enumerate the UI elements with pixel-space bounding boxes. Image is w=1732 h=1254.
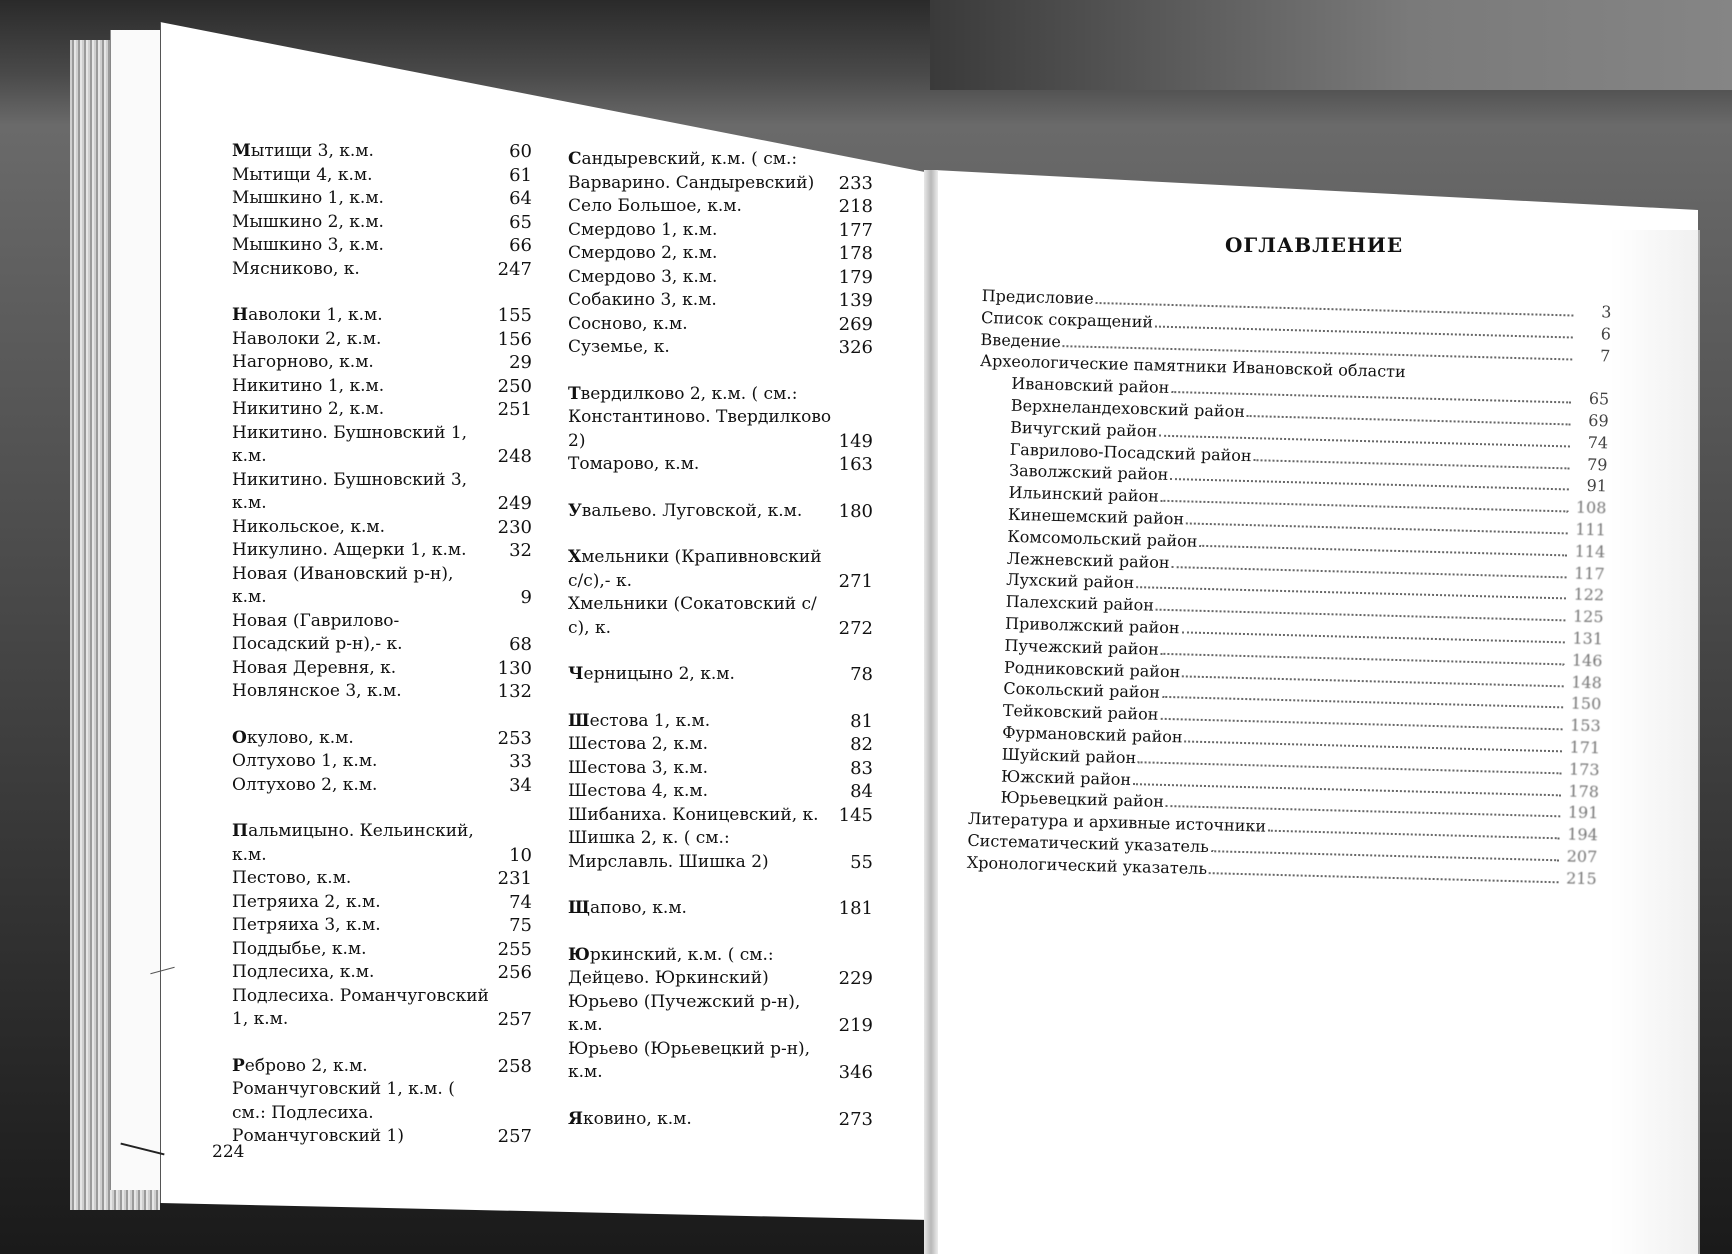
index-entry-page: 68 — [498, 633, 532, 657]
index-entry-name: Сандыревский, к.м. ( см.: Варварино. Сан… — [568, 148, 839, 195]
index-entry-name: Собакино 3, к.м. — [568, 289, 839, 313]
index-entry: Подлесиха, к.м.256 — [232, 961, 532, 985]
index-entry-page: 75 — [498, 914, 532, 938]
index-entry: Романчуговский 1, к.м. ( см.: Подлесиха.… — [232, 1078, 532, 1149]
index-entry: Никольское, к.м.230 — [232, 516, 532, 540]
index-entry-name: Мышкино 3, к.м. — [232, 234, 498, 258]
scan-background-shade — [930, 0, 1732, 90]
index-entry-page: 257 — [498, 1125, 532, 1149]
toc-entry-page: 122 — [1570, 584, 1605, 607]
index-entry-page: 130 — [498, 657, 532, 681]
index-entry: Новлянское 3, к.м.132 — [232, 680, 532, 704]
toc-entry-page: 108 — [1572, 497, 1607, 520]
index-entry: Шестова 3, к.м.83 — [568, 757, 873, 781]
index-entry: Шишка 2, к. ( см.: Мирславль. Шишка 2)55 — [568, 827, 873, 874]
index-column-left: Мытищи 3, к.м.60Мытищи 4, к.м.61Мышкино … — [232, 140, 532, 1149]
index-entry-name: Реброво 2, к.м. — [232, 1055, 498, 1079]
index-entry-name: Мясниково, к. — [232, 258, 498, 282]
toc-entry-page: 69 — [1574, 410, 1609, 433]
index-entry: Шестова 4, к.м.84 — [568, 780, 873, 804]
index-entry-page: 248 — [498, 445, 532, 469]
toc-entry-page: 117 — [1570, 562, 1605, 585]
index-entry-name: Новая (Ивановский р-н), к.м. — [232, 563, 498, 610]
index-entry-name: Мытищи 4, к.м. — [232, 164, 498, 188]
toc-entry-page: 194 — [1564, 824, 1599, 847]
index-entry-name: Шестова 2, к.м. — [568, 733, 839, 757]
index-entry-name: Сосново, к.м. — [568, 313, 839, 337]
index-entry-page: 273 — [839, 1108, 873, 1132]
index-entry-page: 156 — [498, 328, 532, 352]
index-entry: Никулино. Ащерки 1, к.м.32 — [232, 539, 532, 563]
index-entry: Черницыно 2, к.м.78 — [568, 663, 873, 687]
index-gap — [232, 704, 532, 727]
index-entry: Пальмицыно. Кельинский, к.м.10 — [232, 820, 532, 867]
index-entry-page: 180 — [839, 500, 873, 524]
index-entry: Томарово, к.м.163 — [568, 453, 873, 477]
index-entry: Петряиха 3, к.м.75 — [232, 914, 532, 938]
index-entry: Реброво 2, к.м.258 — [232, 1055, 532, 1079]
index-entry: Шестова 1, к.м.81 — [568, 710, 873, 734]
index-entry: Наволоки 1, к.м.155 — [232, 304, 532, 328]
index-entry-page: 64 — [498, 187, 532, 211]
toc-entry-page: 111 — [1572, 518, 1607, 541]
toc-entry-page: 3 — [1577, 301, 1612, 324]
index-entry-page: 10 — [498, 844, 532, 868]
index-entry-name: Томарово, к.м. — [568, 453, 839, 477]
index-gap — [568, 874, 873, 897]
index-entry-name: Смердово 1, к.м. — [568, 219, 839, 243]
index-entry-page: 179 — [839, 266, 873, 290]
toc-entry-page: 153 — [1566, 715, 1601, 738]
index-entry-page: 60 — [498, 140, 532, 164]
toc-entry-page: 148 — [1568, 671, 1603, 694]
toc-entry-page: 173 — [1565, 758, 1600, 781]
index-entry: Новая (Гаврилово-Посадский р-н),- к.68 — [232, 610, 532, 657]
index-entry-name: Юрьево (Юрьевецкий р-н), к.м. — [568, 1038, 839, 1085]
index-entry-page: 82 — [839, 733, 873, 757]
index-entry-name: Шестова 4, к.м. — [568, 780, 839, 804]
index-entry-page: 346 — [839, 1061, 873, 1085]
index-entry-page: 65 — [498, 211, 532, 235]
index-gap — [568, 477, 873, 500]
index-entry-page: 272 — [839, 617, 873, 641]
toc-entry-page: 171 — [1566, 736, 1601, 759]
table-of-contents: Предисловие3Список сокращений6Введение7А… — [967, 285, 1612, 890]
index-entry-name: Щапово, к.м. — [568, 897, 839, 921]
index-entry-page: 230 — [498, 516, 532, 540]
index-entry-page: 229 — [839, 967, 873, 991]
index-gap — [232, 281, 532, 304]
toc-entry-page: 125 — [1569, 606, 1604, 629]
index-entry-name: Никольское, к.м. — [232, 516, 498, 540]
index-entry-page: 258 — [498, 1055, 532, 1079]
index-entry-page: 257 — [498, 1008, 532, 1032]
toc-entry-title: Предисловие — [981, 285, 1094, 310]
toc-title: ОГЛАВЛЕНИЕ — [1225, 233, 1403, 257]
index-entry-page: 271 — [839, 570, 873, 594]
toc-entry-page: 146 — [1568, 649, 1603, 672]
index-column-right: Сандыревский, к.м. ( см.: Варварино. Сан… — [568, 148, 873, 1131]
index-entry-page: 33 — [498, 750, 532, 774]
index-entry-page: 181 — [839, 897, 873, 921]
index-entry-name: Никитино 2, к.м. — [232, 398, 498, 422]
index-entry: Шестова 2, к.м.82 — [568, 733, 873, 757]
index-entry-page: 249 — [498, 492, 532, 516]
index-entry-page: 250 — [498, 375, 532, 399]
index-entry-name: Нагорново, к.м. — [232, 351, 498, 375]
right-page-edge-shade — [1610, 230, 1700, 1254]
index-entry-name: Олтухово 2, к.м. — [232, 774, 498, 798]
index-entry-page: 139 — [839, 289, 873, 313]
index-entry: Подлесиха. Романчуговский 1, к.м.257 — [232, 985, 532, 1032]
index-entry-name: Наволоки 1, к.м. — [232, 304, 498, 328]
index-entry-page: 218 — [839, 195, 873, 219]
index-entry: Хмельники (Крапивновский с/с),- к.271 — [568, 546, 873, 593]
index-entry: Никитино 2, к.м.251 — [232, 398, 532, 422]
index-entry-name: Шишка 2, к. ( см.: Мирславль. Шишка 2) — [568, 827, 839, 874]
toc-entry-page: 65 — [1575, 388, 1610, 411]
index-entry-name: Никулино. Ащерки 1, к.м. — [232, 539, 498, 563]
index-entry-page: 155 — [498, 304, 532, 328]
index-entry: Щапово, к.м.181 — [568, 897, 873, 921]
index-entry-name: Пестово, к.м. — [232, 867, 498, 891]
index-gap — [568, 523, 873, 546]
index-entry-name: Шестова 3, к.м. — [568, 757, 839, 781]
index-entry: Мышкино 2, к.м.65 — [232, 211, 532, 235]
toc-entry-title: Введение — [980, 329, 1061, 353]
toc-entry-page: 178 — [1565, 780, 1600, 803]
index-gap — [568, 360, 873, 383]
index-entry-name: Смердово 2, к.м. — [568, 242, 839, 266]
index-entry: Никитино. Бушновский 3, к.м.249 — [232, 469, 532, 516]
index-entry-page: 61 — [498, 164, 532, 188]
index-entry-page: 83 — [839, 757, 873, 781]
index-entry-page: 326 — [839, 336, 873, 360]
index-entry-name: Хмельники (Сокатовский с/с), к. — [568, 593, 839, 640]
index-entry: Новая (Ивановский р-н), к.м.9 — [232, 563, 532, 610]
index-gap — [568, 921, 873, 944]
index-entry-name: Никитино 1, к.м. — [232, 375, 498, 399]
toc-entry-page — [1406, 378, 1440, 379]
index-entry-page: 233 — [839, 172, 873, 196]
book-gutter — [924, 170, 938, 1254]
toc-entry-page: 91 — [1573, 475, 1608, 498]
index-entry: Пестово, к.м.231 — [232, 867, 532, 891]
index-entry: Петряиха 2, к.м.74 — [232, 891, 532, 915]
index-entry-name: Поддыбье, к.м. — [232, 938, 498, 962]
toc-entry-page: 131 — [1569, 627, 1604, 650]
index-entry-name: Яковино, к.м. — [568, 1108, 839, 1132]
index-gap — [232, 797, 532, 820]
index-entry: Смердово 2, к.м.178 — [568, 242, 873, 266]
index-entry-name: Никитино. Бушновский 3, к.м. — [232, 469, 498, 516]
index-entry: Хмельники (Сокатовский с/с), к.272 — [568, 593, 873, 640]
toc-entry-page: 215 — [1562, 867, 1597, 890]
index-entry-name: Село Большое, к.м. — [568, 195, 839, 219]
index-entry-page: 132 — [498, 680, 532, 704]
index-entry: Суземье, к.326 — [568, 336, 873, 360]
index-gap — [568, 687, 873, 710]
index-entry-page: 177 — [839, 219, 873, 243]
index-entry-page: 253 — [498, 727, 532, 751]
index-entry-page: 55 — [839, 851, 873, 875]
index-entry: Юркинский, к.м. ( см.: Дейцево. Юркински… — [568, 944, 873, 991]
index-entry-page: 78 — [839, 663, 873, 687]
index-entry: Яковино, к.м.273 — [568, 1108, 873, 1132]
index-entry: Олтухово 2, к.м.34 — [232, 774, 532, 798]
index-entry-name: Увальево. Луговской, к.м. — [568, 500, 839, 524]
index-entry-page: 32 — [498, 539, 532, 563]
index-entry: Нагорново, к.м.29 — [232, 351, 532, 375]
index-entry-name: Новая (Гаврилово-Посадский р-н),- к. — [232, 610, 498, 657]
index-entry: Сосново, к.м.269 — [568, 313, 873, 337]
index-entry-name: Юрьево (Пучежский р-н), к.м. — [568, 991, 839, 1038]
index-entry-page: 219 — [839, 1014, 873, 1038]
index-entry-name: Подлесиха, к.м. — [232, 961, 498, 985]
index-entry-name: Романчуговский 1, к.м. ( см.: Подлесиха.… — [232, 1078, 498, 1149]
index-entry: Смердово 3, к.м.179 — [568, 266, 873, 290]
toc-entry-page: 6 — [1577, 322, 1612, 345]
index-entry-page: 34 — [498, 774, 532, 798]
index-entry-page: 163 — [839, 453, 873, 477]
index-entry-name: Мытищи 3, к.м. — [232, 140, 498, 164]
index-entry-name: Петряиха 2, к.м. — [232, 891, 498, 915]
index-entry: Поддыбье, к.м.255 — [232, 938, 532, 962]
index-entry-page: 66 — [498, 234, 532, 258]
index-entry: Новая Деревня, к.130 — [232, 657, 532, 681]
toc-entry-page: 7 — [1576, 344, 1611, 367]
index-entry: Увальево. Луговской, к.м.180 — [568, 500, 873, 524]
index-entry-name: Юркинский, к.м. ( см.: Дейцево. Юркински… — [568, 944, 839, 991]
index-entry-name: Новлянское 3, к.м. — [232, 680, 498, 704]
index-entry: Твердилково 2, к.м. ( см.: Константиново… — [568, 383, 873, 454]
index-entry-name: Шибаниха. Коницевский, к. — [568, 804, 839, 828]
index-entry-page: 9 — [498, 586, 532, 610]
index-entry-page: 231 — [498, 867, 532, 891]
toc-entry-page: 207 — [1563, 845, 1598, 868]
index-entry-name: Мышкино 1, к.м. — [232, 187, 498, 211]
index-entry: Сандыревский, к.м. ( см.: Варварино. Сан… — [568, 148, 873, 195]
index-entry: Смердово 1, к.м.177 — [568, 219, 873, 243]
index-gap — [232, 1032, 532, 1055]
toc-entry-page: 79 — [1573, 453, 1608, 476]
index-entry: Мышкино 1, к.м.64 — [232, 187, 532, 211]
index-entry-page: 81 — [839, 710, 873, 734]
index-entry: Олтухово 1, к.м.33 — [232, 750, 532, 774]
index-entry-page: 178 — [839, 242, 873, 266]
index-entry: Никитино 1, к.м.250 — [232, 375, 532, 399]
toc-entry-page: 150 — [1567, 693, 1602, 716]
index-entry: Наволоки 2, к.м.156 — [232, 328, 532, 352]
index-entry-name: Олтухово 1, к.м. — [232, 750, 498, 774]
index-gap — [568, 1085, 873, 1108]
index-gap — [568, 640, 873, 663]
index-entry: Мытищи 4, к.м.61 — [232, 164, 532, 188]
index-entry-name: Мышкино 2, к.м. — [232, 211, 498, 235]
index-entry: Собакино 3, к.м.139 — [568, 289, 873, 313]
index-entry-name: Подлесиха. Романчуговский 1, к.м. — [232, 985, 498, 1032]
index-entry: Окулово, к.м.253 — [232, 727, 532, 751]
index-entry-page: 255 — [498, 938, 532, 962]
index-entry-name: Шестова 1, к.м. — [568, 710, 839, 734]
index-entry-page: 145 — [839, 804, 873, 828]
index-entry: Мытищи 3, к.м.60 — [232, 140, 532, 164]
index-entry-page: 84 — [839, 780, 873, 804]
index-entry-name: Хмельники (Крапивновский с/с),- к. — [568, 546, 839, 593]
index-entry-page: 149 — [839, 430, 873, 454]
index-entry-page: 247 — [498, 258, 532, 282]
index-entry-name: Наволоки 2, к.м. — [232, 328, 498, 352]
index-entry-name: Никитино. Бушновский 1, к.м. — [232, 422, 498, 469]
page-number: 224 — [212, 1142, 244, 1162]
index-entry-page: 29 — [498, 351, 532, 375]
toc-entry-page: 74 — [1574, 431, 1609, 454]
index-entry: Никитино. Бушновский 1, к.м.248 — [232, 422, 532, 469]
index-entry-name: Суземье, к. — [568, 336, 839, 360]
index-entry: Юрьево (Юрьевецкий р-н), к.м.346 — [568, 1038, 873, 1085]
toc-entry-page: 114 — [1571, 540, 1606, 563]
index-entry-page: 269 — [839, 313, 873, 337]
index-entry-name: Новая Деревня, к. — [232, 657, 498, 681]
index-entry-page: 74 — [498, 891, 532, 915]
index-entry: Село Большое, к.м.218 — [568, 195, 873, 219]
index-entry-name: Смердово 3, к.м. — [568, 266, 839, 290]
index-entry-name: Пальмицыно. Кельинский, к.м. — [232, 820, 498, 867]
index-entry: Мясниково, к.247 — [232, 258, 532, 282]
index-entry: Мышкино 3, к.м.66 — [232, 234, 532, 258]
index-entry-name: Твердилково 2, к.м. ( см.: Константиново… — [568, 383, 839, 454]
toc-entry-page: 191 — [1564, 802, 1599, 825]
index-entry-page: 251 — [498, 398, 532, 422]
index-entry: Юрьево (Пучежский р-н), к.м.219 — [568, 991, 873, 1038]
index-entry-name: Черницыно 2, к.м. — [568, 663, 839, 687]
index-entry-page: 256 — [498, 961, 532, 985]
page-stack-inner — [110, 30, 161, 1190]
index-entry: Шибаниха. Коницевский, к.145 — [568, 804, 873, 828]
index-entry-name: Петряиха 3, к.м. — [232, 914, 498, 938]
index-entry-name: Окулово, к.м. — [232, 727, 498, 751]
